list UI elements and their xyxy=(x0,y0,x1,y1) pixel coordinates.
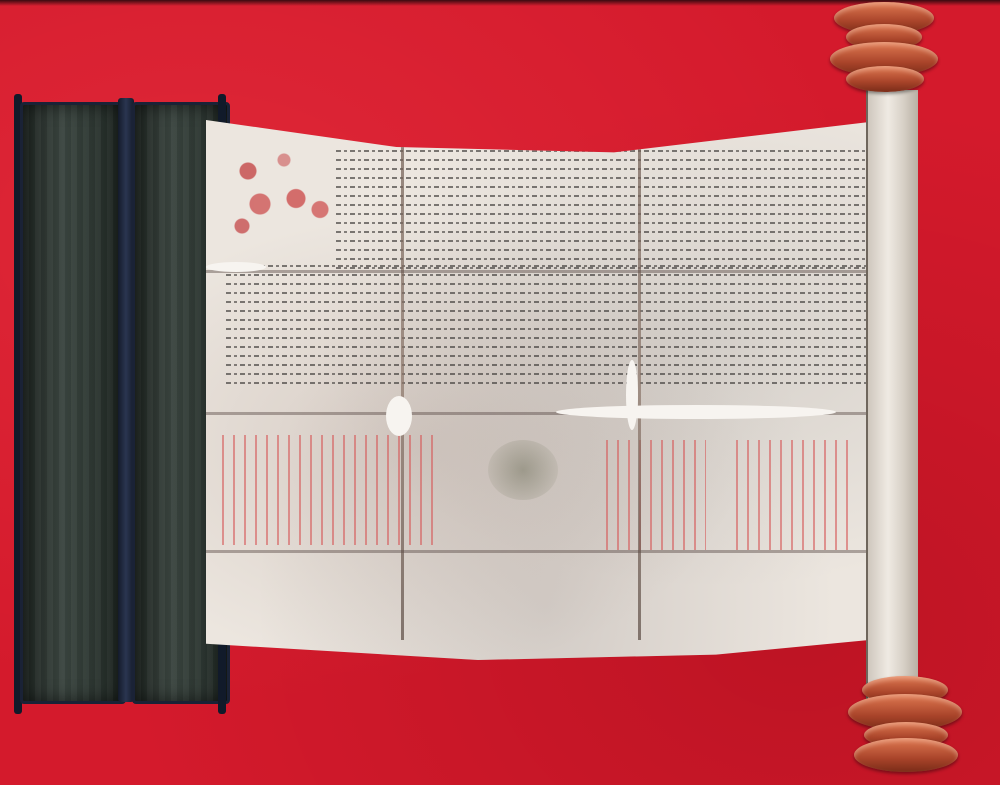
fold-line xyxy=(401,140,404,640)
red-calligraphy-right xyxy=(736,440,856,550)
fold-line xyxy=(638,140,641,640)
scroll-case xyxy=(14,94,228,714)
tear-hole xyxy=(386,396,412,436)
top-knob xyxy=(826,0,936,100)
faded-seal xyxy=(488,440,558,500)
text-block-middle xyxy=(226,265,866,391)
tear-hole xyxy=(206,262,266,272)
parchment-document xyxy=(206,120,886,660)
tear-hole xyxy=(626,360,638,430)
fold-line xyxy=(206,550,886,553)
bottom-knob xyxy=(848,676,958,776)
roller-rod xyxy=(866,90,918,700)
photo-scene: Illuminated manuscript scroll with case xyxy=(0,0,1000,785)
fold-line xyxy=(206,270,886,273)
red-calligraphy-center xyxy=(606,440,706,550)
text-block-top xyxy=(336,150,866,276)
illuminated-initial xyxy=(218,138,338,248)
red-calligraphy-left xyxy=(222,435,442,545)
tear-hole xyxy=(556,405,836,419)
case-left-panel xyxy=(20,102,126,704)
